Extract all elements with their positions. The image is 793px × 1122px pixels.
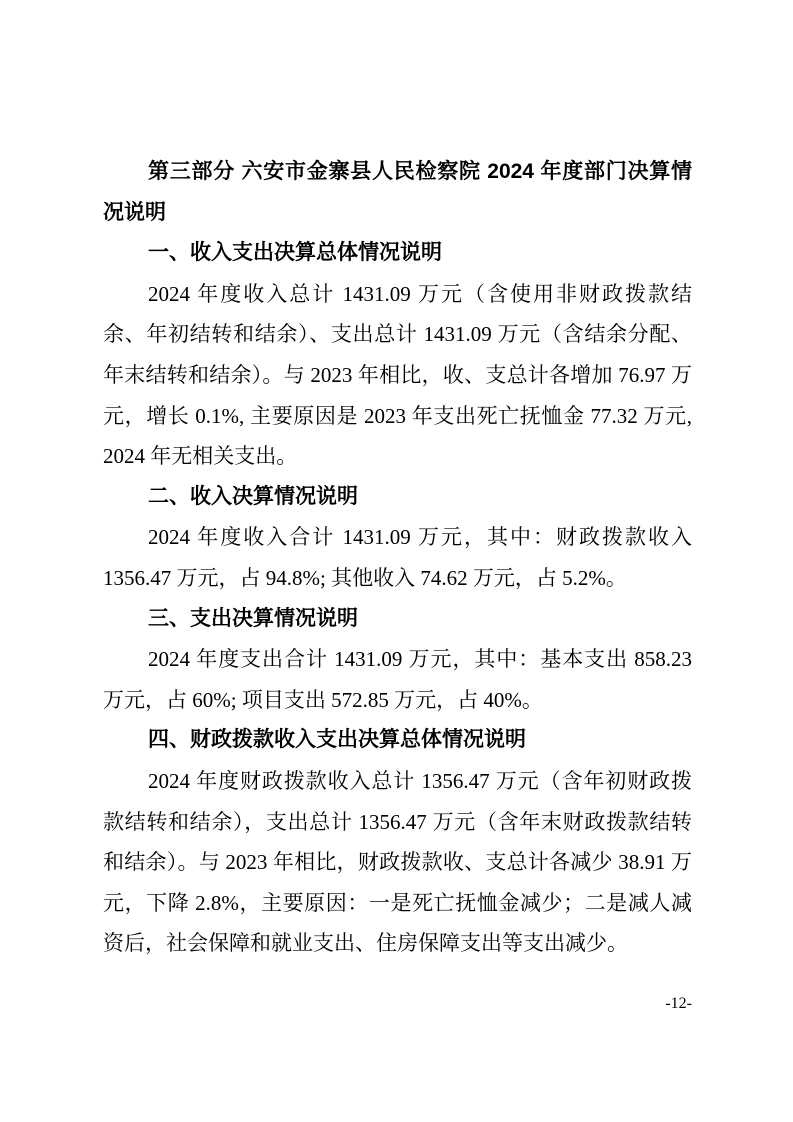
section-expenditure-details: 三、支出决算情况说明 2024 年度支出合计 1431.09 万元，其中：基本支… [103, 599, 692, 721]
section-2-heading: 二、收入决算情况说明 [103, 477, 692, 518]
section-4-paragraph: 2024 年度财政拨款收入总计 1356.47 万元（含年初财政拨款结转和结余）… [103, 761, 692, 964]
document-title: 第三部分 六安市金寨县人民检察院 2024 年度部门决算情况说明 [103, 152, 692, 233]
section-fiscal-appropriation-overview: 四、财政拨款收入支出决算总体情况说明 2024 年度财政拨款收入总计 1356.… [103, 720, 692, 964]
section-1-heading: 一、收入支出决算总体情况说明 [103, 233, 692, 274]
document-page: 第三部分 六安市金寨县人民检察院 2024 年度部门决算情况说明 一、收入支出决… [0, 0, 793, 1122]
page-number: -12- [103, 994, 692, 1014]
section-2-paragraph: 2024 年度收入合计 1431.09 万元，其中：财政拨款收入 1356.47… [103, 517, 692, 598]
section-3-heading: 三、支出决算情况说明 [103, 599, 692, 640]
section-1-paragraph: 2024 年度收入总计 1431.09 万元（含使用非财政拨款结余、年初结转和结… [103, 274, 692, 477]
section-income-expenditure-overview: 一、收入支出决算总体情况说明 2024 年度收入总计 1431.09 万元（含使… [103, 233, 692, 477]
document-content: 第三部分 六安市金寨县人民检察院 2024 年度部门决算情况说明 一、收入支出决… [103, 152, 692, 964]
section-3-paragraph: 2024 年度支出合计 1431.09 万元，其中：基本支出 858.23 万元… [103, 639, 692, 720]
section-income-details: 二、收入决算情况说明 2024 年度收入合计 1431.09 万元，其中：财政拨… [103, 477, 692, 599]
section-4-heading: 四、财政拨款收入支出决算总体情况说明 [103, 720, 692, 761]
